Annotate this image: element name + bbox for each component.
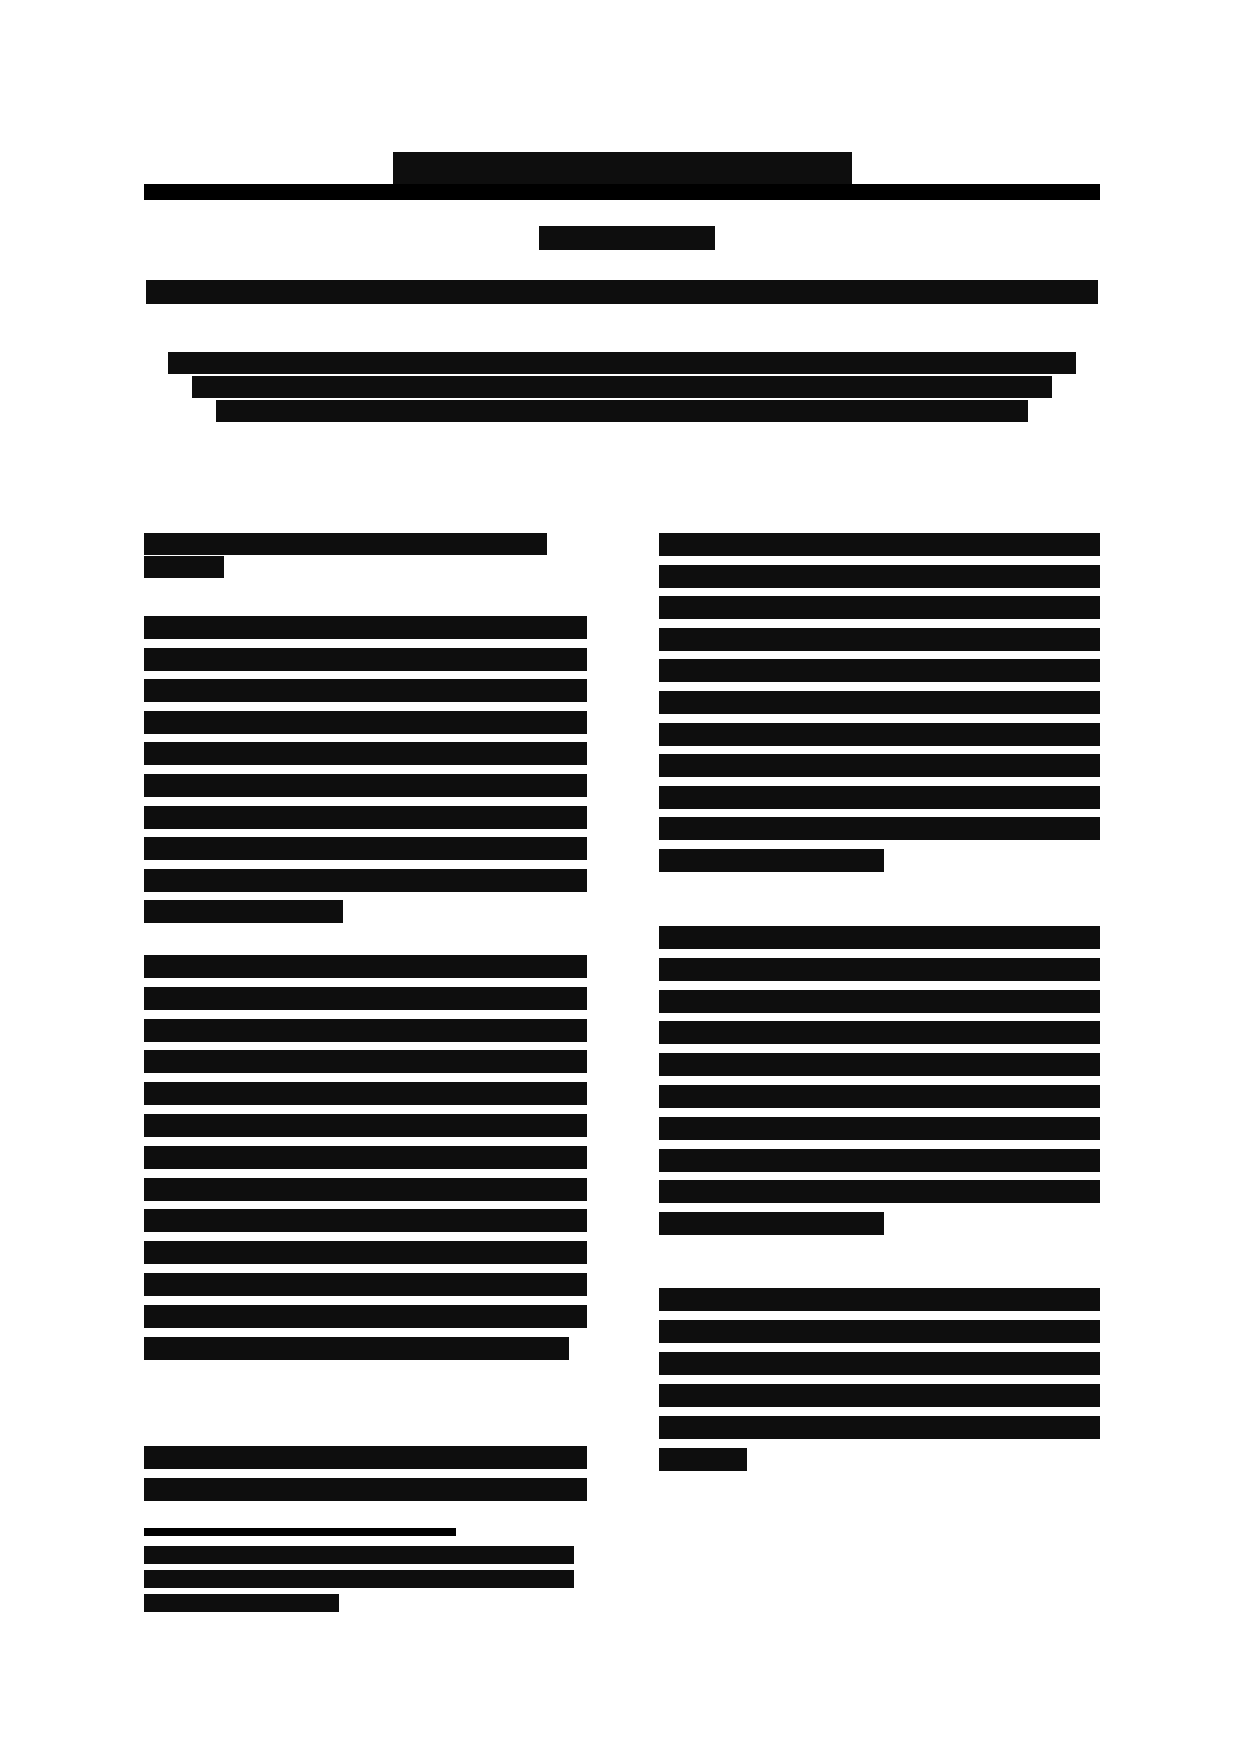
- paragraph-line: [144, 1050, 587, 1073]
- paragraph-line: [659, 1352, 1100, 1375]
- paragraph-line: [659, 817, 1100, 840]
- paragraph-line: [659, 958, 1100, 981]
- paragraph-line: [659, 1320, 1100, 1343]
- footnote-line: [144, 1546, 574, 1564]
- paragraph-line: [659, 1212, 884, 1235]
- paragraph-line: [144, 679, 587, 702]
- paragraph-line: [659, 659, 1100, 682]
- document-page: All text on the page is pixelated/redact…: [0, 0, 1240, 1754]
- paragraph-line: [144, 1273, 587, 1296]
- section-heading-line: [144, 533, 547, 555]
- affiliation-line: [redacted affiliation]: [146, 280, 1098, 304]
- redaction-note: All text on the page is pixelated/redact…: [0, 0, 1, 1]
- footnote-rule: [144, 1528, 456, 1536]
- paragraph-line: [659, 1180, 1100, 1203]
- paragraph-line: [144, 1478, 587, 1501]
- paragraph-line: [144, 1209, 587, 1232]
- paragraph-line: [659, 786, 1100, 809]
- paragraph-line: [659, 723, 1100, 746]
- paragraph-line: [659, 1021, 1100, 1044]
- paragraph-line: [659, 565, 1100, 588]
- paragraph-line: [659, 533, 1100, 556]
- paragraph-line: [659, 926, 1100, 949]
- paragraph-line: [659, 1085, 1100, 1108]
- paragraph-line: [144, 900, 343, 923]
- paragraph-line: [144, 1241, 587, 1264]
- paragraph-line: [659, 628, 1100, 651]
- paragraph-line: [144, 774, 587, 797]
- paragraph-line: [659, 1384, 1100, 1407]
- paragraph-line: [144, 987, 587, 1010]
- paragraph-line: [144, 837, 587, 860]
- paragraph-line: [659, 1416, 1100, 1439]
- abstract-line: [216, 400, 1028, 422]
- paragraph-line: [144, 711, 587, 734]
- paragraph-line: [144, 955, 587, 978]
- paragraph-line: [144, 1446, 587, 1469]
- paragraph-line: [659, 691, 1100, 714]
- title-rule: [144, 184, 1100, 200]
- paragraph-line: [144, 616, 587, 639]
- paragraph-line: [659, 1288, 1100, 1311]
- paragraph-line: [144, 1305, 587, 1328]
- paragraph-line: [659, 596, 1100, 619]
- paragraph-line: [659, 754, 1100, 777]
- abstract-line: [192, 376, 1052, 398]
- paragraph-line: [659, 849, 884, 872]
- paragraph-line: [144, 1082, 587, 1105]
- footnote-line: [144, 1594, 339, 1612]
- paper-title: [redacted title]: [393, 152, 852, 184]
- paragraph-line: [144, 742, 587, 765]
- paragraph-line: [144, 1337, 569, 1360]
- paragraph-line: [144, 1146, 587, 1169]
- footnote-line: [144, 1570, 574, 1588]
- paragraph-line: [144, 869, 587, 892]
- paragraph-line: [144, 1178, 587, 1201]
- paragraph-line: [144, 806, 587, 829]
- author-line: [redacted author]: [539, 226, 715, 250]
- paragraph-line: [659, 990, 1100, 1013]
- paragraph-line: [144, 648, 587, 671]
- paragraph-line: [144, 1114, 587, 1137]
- paragraph-line: [659, 1448, 747, 1471]
- section-heading-line: [144, 556, 224, 578]
- paragraph-line: [659, 1053, 1100, 1076]
- paragraph-line: [659, 1149, 1100, 1172]
- abstract-line: [168, 352, 1076, 374]
- paragraph-line: [144, 1019, 587, 1042]
- paragraph-line: [659, 1117, 1100, 1140]
